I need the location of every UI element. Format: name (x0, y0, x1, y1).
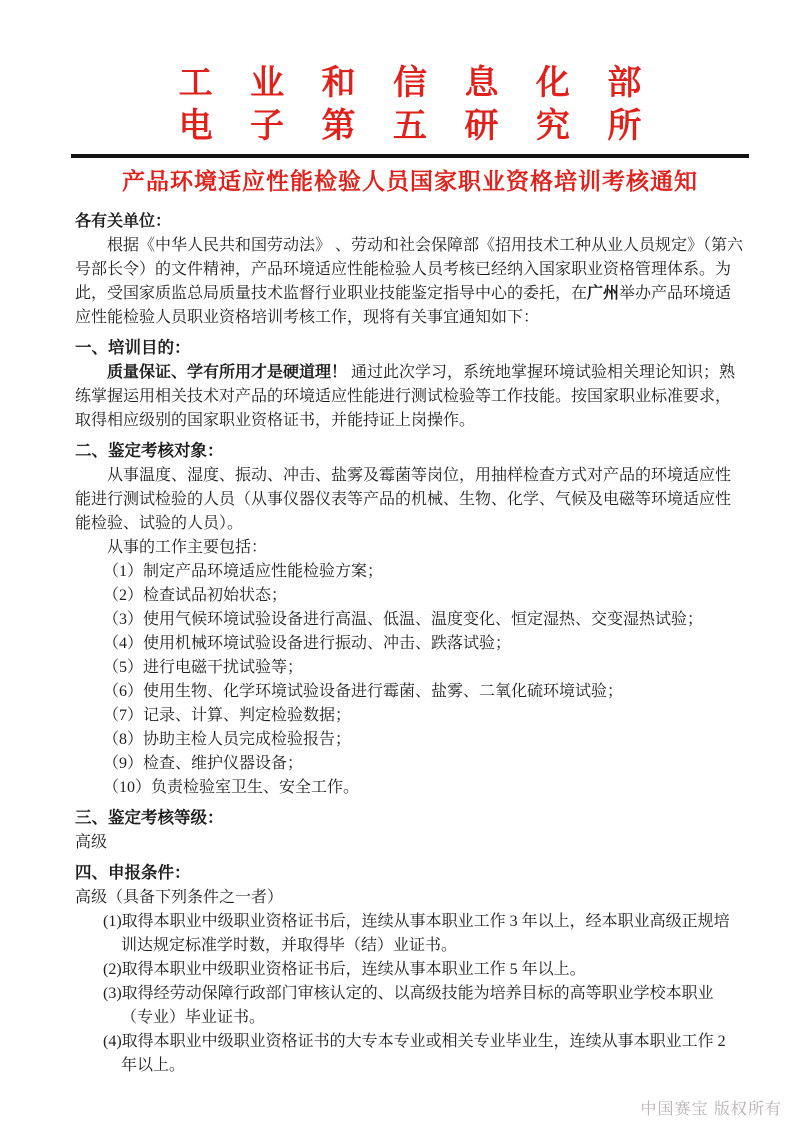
task-list-item: （6）使用生物、化学环境试验设备进行霉菌、盐雾、二氧化硫环境试验； (103, 680, 745, 704)
task-list-item: （4）使用机械环境试验设备进行振动、冲击、跌落试验； (103, 632, 745, 656)
condition-list-item: (2)取得本职业中级职业资格证书后，连续从事本职业工作 5 年以上。 (75, 958, 745, 982)
section-assessment-level: 三、鉴定考核等级： 高级 (75, 806, 745, 855)
task-list-item: （2）检查试品初始状态； (103, 584, 745, 608)
section-1-heading: 一、培训目的： (75, 336, 745, 360)
document-title: 产品环境适应性能检验人员国家职业资格培训考核通知 (75, 165, 745, 197)
letterhead: 工 业 和 信 息 化 部 电 子 第 五 研 究 所 (75, 62, 745, 148)
task-list-item: （7）记录、计算、判定检验数据； (103, 704, 745, 728)
section-1-paragraph: 质量保证、学有所用才是硬道理！ 通过此次学习，系统地掌握环境试验相关理论知识；熟… (75, 361, 745, 433)
task-list-item: （5）进行电磁干扰试验等； (103, 656, 745, 680)
org-name-line-2: 电 子 第 五 研 究 所 (75, 105, 745, 148)
task-list-item: （3）使用气候环境试验设备进行高温、低温、温度变化、恒定湿热、交变湿热试验； (103, 608, 745, 632)
section-assessment-targets: 二、鉴定考核对象： 从事温度、湿度、振动、冲击、盐雾及霉菌等岗位，用抽样检查方式… (75, 439, 745, 800)
condition-list-item: (4)取得本职业中级职业资格证书的大专本专业或相关专业毕业生，连续从事本职业工作… (75, 1030, 745, 1078)
section-3-heading: 三、鉴定考核等级： (75, 806, 745, 830)
section-4-heading: 四、申报条件： (75, 861, 745, 885)
section-3-level: 高级 (75, 831, 745, 855)
task-list-item: （8）协助主检人员完成检验报告； (103, 728, 745, 752)
condition-list-item: (1)取得本职业中级职业资格证书后，连续从事本职业工作 3 年以上，经本职业高级… (75, 910, 745, 958)
intro-city-bold: 广州 (587, 285, 619, 302)
section-2-paragraph-2: 从事的工作主要包括： (75, 536, 745, 560)
copyright-watermark: 中国赛宝 版权所有 (641, 1098, 782, 1122)
section-application-conditions: 四、申报条件： 高级（具备下列条件之一者） (1)取得本职业中级职业资格证书后，… (75, 861, 745, 1078)
task-list-item: （1）制定产品环境适应性能检验方案； (103, 560, 745, 584)
task-list: （1）制定产品环境适应性能检验方案； （2）检查试品初始状态； （3）使用气候环… (75, 560, 745, 800)
header-divider-rule (71, 154, 749, 158)
condition-list: (1)取得本职业中级职业资格证书后，连续从事本职业工作 3 年以上，经本职业高级… (75, 910, 745, 1078)
task-list-item: （10）负责检验室卫生、安全工作。 (103, 776, 745, 800)
section-training-purpose: 一、培训目的： 质量保证、学有所用才是硬道理！ 通过此次学习，系统地掌握环境试验… (75, 336, 745, 433)
condition-list-item: (3)取得经劳动保障行政部门审核认定的、以高级技能为培养目标的高等职业学校本职业… (75, 982, 745, 1030)
task-list-item: （9）检查、维护仪器设备； (103, 752, 745, 776)
section-2-heading: 二、鉴定考核对象： (75, 439, 745, 463)
org-name-line-1: 工 业 和 信 息 化 部 (75, 62, 745, 105)
document-page: 工 业 和 信 息 化 部 电 子 第 五 研 究 所 产品环境适应性能检验人员… (0, 0, 800, 1131)
intro-paragraph: 根据《中华人民共和国劳动法》 、劳动和社会保障部《招用技术工种从业人员规定》（第… (75, 234, 745, 330)
section-2-paragraph-1: 从事温度、湿度、振动、冲击、盐雾及霉菌等岗位，用抽样检查方式对产品的环境适应性能… (75, 464, 745, 536)
salutation: 各有关单位： (75, 210, 745, 234)
section-4-intro: 高级（具备下列条件之一者） (75, 886, 745, 910)
section-1-lead-bold: 质量保证、学有所用才是硬道理！ (107, 364, 347, 381)
